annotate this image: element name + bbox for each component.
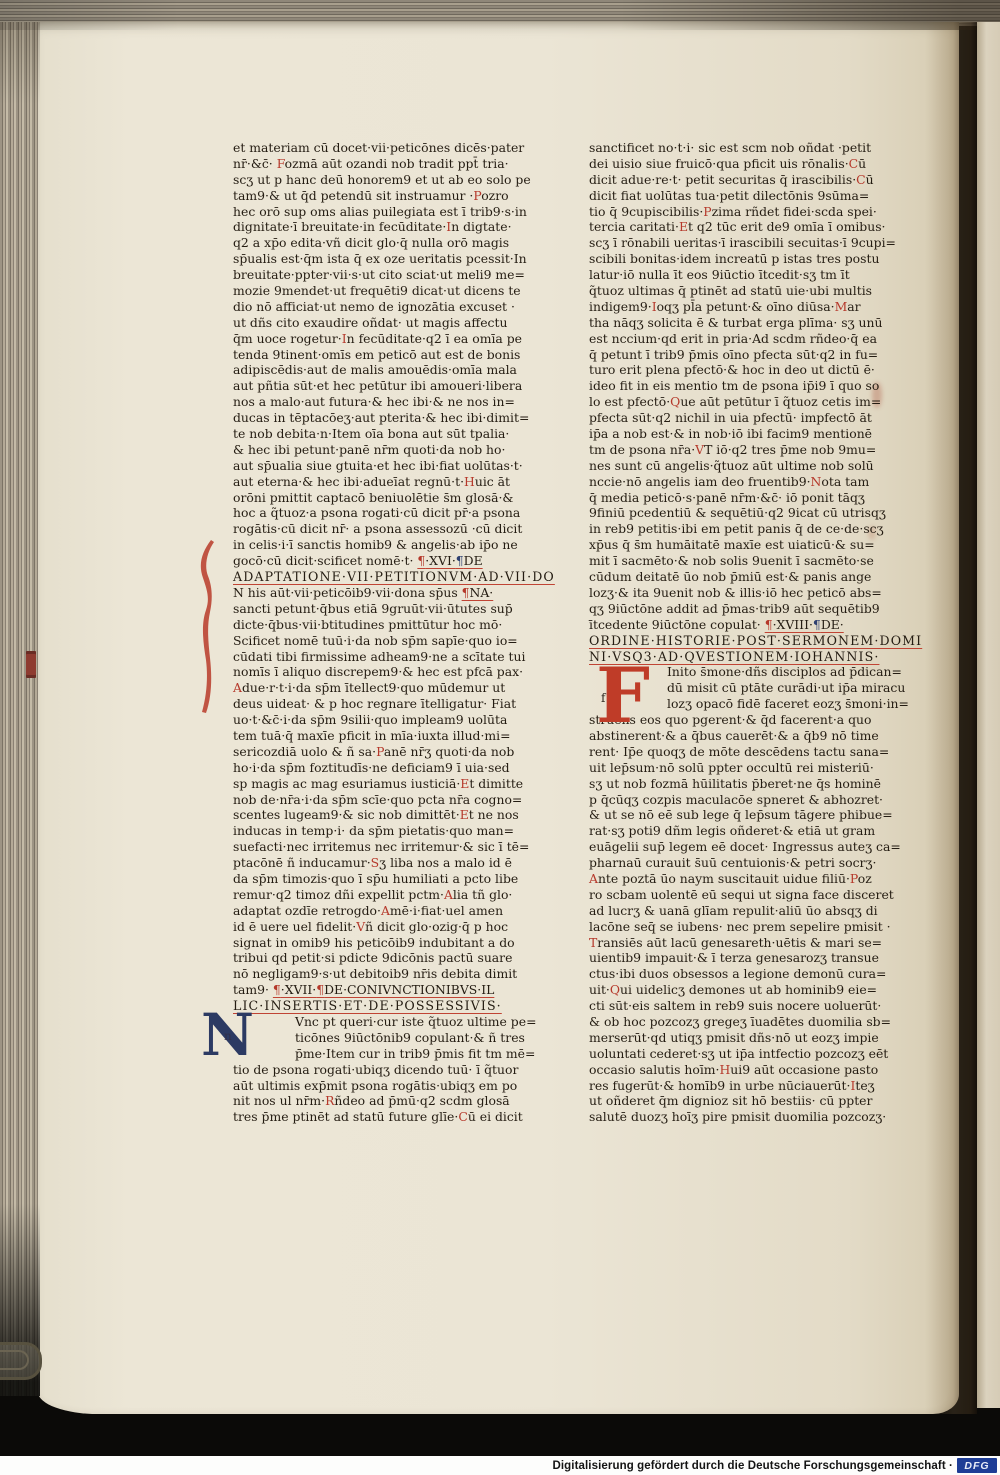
- text-line: indigem9·Ioqʒ pl̄a petunt·& oīno diūsa·M…: [589, 299, 909, 315]
- text-line: nos a malo·aut futura·& hec ibi·& ne nos…: [233, 394, 545, 410]
- text-line: scʒ ī rōnabili ueritas·ī irascibili secu…: [589, 235, 909, 251]
- text-line: Scificet nomē tuū·i·da nob sp̄m sapīe·qu…: [233, 633, 545, 649]
- top-edge-shadow: [0, 0, 1000, 30]
- text-line: sericozdiā uolo & ñ sa·Panē nr̄ʒ quoti·d…: [233, 744, 545, 760]
- text-line: q̄m uoce rogetur·In fecūditate·q2 ī ea o…: [233, 331, 545, 347]
- text-line: dicit adue·re·t· petit securitas q̄ iras…: [589, 172, 909, 188]
- text-line: ip̄a a nob est·& in nob·iō ibi facim9 me…: [589, 426, 909, 442]
- text-line: ho·i·da sp̄m foztitudīs·ne deficiam9 ī u…: [233, 760, 545, 776]
- text-line: tam9· ¶·XVII·¶DE·CONIVNCTIONIBVS·IL: [233, 982, 545, 998]
- text-line: tenda 9tinent·omīs em peticō aut est de …: [233, 347, 545, 363]
- text-line: q2 a xp̄o edita·vñ dicit glo·q̄ nulla or…: [233, 235, 545, 251]
- text-line: uoluntati cederet·sʒ ut ip̄a intfectio p…: [589, 1046, 909, 1062]
- text-line: te nob debita·n·Item oīa bona aut sūt tp…: [233, 426, 545, 442]
- text-line: Inito s̄mone·dñs disciplos ad p̄dican=: [667, 664, 909, 680]
- text-line: sancti petunt·q̄bus etiā 9gruūt·vii·ūtut…: [233, 601, 545, 617]
- text-line: & ut se nō eē sub lege q̄ lep̄sum tāgere…: [589, 807, 909, 823]
- text-line: adaptat ozdīe retrogdo·Amē·i·fiat·uel am…: [233, 903, 545, 919]
- text-line: tem tuā·q̄ maxīe pficit in mīa·iuxta ill…: [233, 728, 545, 744]
- text-line: ut dñs cito exaudire oñdat· ut magis aff…: [233, 315, 545, 331]
- text-line: tio q̄ 9cupiscibilis·Pzima rñdet fidei·s…: [589, 204, 909, 220]
- text-line: pharnaū curauit s̄uū centuionis·& petri …: [589, 855, 909, 871]
- guide-letter-n: n: [224, 1030, 232, 1042]
- text-line: rent· Ip̄e quoqʒ de mōte descēdens tactu…: [589, 744, 909, 760]
- text-line: suefacti·nec irritemus nec irritemur·& s…: [233, 839, 545, 855]
- text-line: p q̄cūqʒ cozpis maculacōe spneret & abho…: [589, 792, 909, 808]
- text-line: adipiscēdis·aut de malis amouēdis·omīa m…: [233, 362, 545, 378]
- text-line: sʒ ut nob fozmā hūilitatis p̄beret·ne q̄…: [589, 776, 909, 792]
- text-line: dū misit cū ptāte curādi·ut ip̄a miracu: [667, 680, 909, 696]
- text-line: ticōnes 9iūctōnib9 copulant·& ñ tres: [295, 1030, 545, 1046]
- rubric-flourish-icon: [196, 538, 220, 716]
- text-line: q̄ petunt ī trib9 p̄mis oīno pfecta sūt·…: [589, 347, 909, 363]
- text-line: lozʒ opacō fidē faceret eozʒ s̄moni·in=: [667, 696, 909, 712]
- text-line: da sp̄m timozis·quo ī sp̄u humiliati a p…: [233, 871, 545, 887]
- text-line: Vnc pt queri·cur iste q̃tuoz ultime pe=: [295, 1014, 545, 1030]
- text-line: sp magis ac mag esuriamus iusticiā·Et di…: [233, 776, 545, 792]
- text-line: in reb9 petitis·ibi em petit panis q̄ de…: [589, 521, 909, 537]
- text-line: cūdati tibi firmissime adheam9·ne a scīt…: [233, 649, 545, 665]
- dfg-logo: DFG: [957, 1458, 997, 1473]
- text-line: cūdum deitatē ūo nob p̄miū est·& panis a…: [589, 569, 909, 585]
- text-line: scibili bonitas·idem increatū p istas tr…: [589, 251, 909, 267]
- text-line: p̄me·Item cur in trib9 p̄mis fit tm mē=: [295, 1046, 545, 1062]
- text-line: scʒ ut p hanc deū honorem9 et ut ab eo s…: [233, 172, 545, 188]
- text-line: uo·t·&c̄·i·da sp̄m 9silii·quo impleam9 u…: [233, 712, 545, 728]
- text-line: rat·sʒ poti9 dñm legis oñderet·& etiā ut…: [589, 823, 909, 839]
- paperclip: [0, 1342, 42, 1380]
- text-line: lo est pfectō·Que aūt petūtur ī q̃tuoz c…: [589, 394, 909, 410]
- text-line: tam9·& ut q̄d petendū sit instruamur ·Po…: [233, 188, 545, 204]
- text-line: signat in omib9 his peticōib9 indubitant…: [233, 935, 545, 951]
- text-line: ADAPTATIONE·VII·PETITIONVM·AD·VII·DO: [233, 569, 545, 585]
- text-line: aut eterna·& hec ibi·adueīat regnū·t·Hui…: [233, 474, 545, 490]
- text-line: q̄ media peticō·s·panē nr̄m·&c̄· iō poni…: [589, 490, 909, 506]
- text-line: tha nāqʒ solicita ē & turbat erga plīma·…: [589, 315, 909, 331]
- text-line: nes sunt cū angelis·q̃tuoz aūt ultime no…: [589, 458, 909, 474]
- text-line: nit nos ul nr̄m·Rñdeo ad p̄mū·q2 scdm gl…: [233, 1093, 545, 1109]
- text-line: Adue·r·t·i·da sp̄m ītellect9·quo mūdemur…: [233, 680, 545, 696]
- text-line: LIC·INSERTIS·ET·DE·POSSESSIVIS·: [233, 998, 545, 1014]
- text-line: euāgelii sup̄ legem eē docet· Ingressus …: [589, 839, 909, 855]
- text-line: Transiēs aūt lacū genesareth·uētis & mar…: [589, 935, 909, 951]
- text-line: est nccium·qd erit in pria·Ad scdm rñdeo…: [589, 331, 909, 347]
- text-line: 9finiū pcedentiū & sequētiū·q2 9icat cū …: [589, 505, 909, 521]
- text-line: nr̄·&c̄· Fozmā aūt ozandi nob tradit ppt…: [233, 156, 545, 172]
- fore-edge-red-mark: [26, 651, 36, 678]
- fore-edge-shadow: [0, 22, 40, 1396]
- text-line: ctus·ibi duos obsessos a legione demonū …: [589, 966, 909, 982]
- text-line: sp̄ualis est·q̄m ista q̄ ex oze ueritati…: [233, 251, 545, 267]
- text-line: in celis·i·ī sanctis homib9 & angelis·ab…: [233, 537, 545, 553]
- text-line: hoc a q̃tuoz·a psona rogati·cū dicit pr̄…: [233, 505, 545, 521]
- text-column-left: et materiam cū docet·vii·peticōnes dicēs…: [233, 140, 545, 1125]
- text-line: gocō·cū dicit·scificet nomē·t· ¶·XVI·¶DE: [233, 553, 545, 569]
- text-line: nob de·nr̄a·i·da sp̄m scīe·quo pcta nr̄a…: [233, 792, 545, 808]
- text-line: breuitate·ppter·vii·s·ut cito sciat·ut m…: [233, 267, 545, 283]
- text-line: & hec ibi petunt·panē nr̄m quoti·da nob …: [233, 442, 545, 458]
- text-line: uientib9 impauit·& ī terza genesarozʒ tr…: [589, 950, 909, 966]
- text-line: tribui qd petit·si pdicte 9dicōnis pactū…: [233, 950, 545, 966]
- text-line: occasio salutis hoīm·Hui9 aūt occasione …: [589, 1062, 909, 1078]
- text-line: dignitate·ī breuitate·in fecūditate·In d…: [233, 219, 545, 235]
- text-line: sanctificet no·t·i· sic est scm nob oñda…: [589, 140, 909, 156]
- text-line: ro scbam uolentē eū sequi ut signa face …: [589, 887, 909, 903]
- text-line: nomīs ī aliquo discrepem9·& hec est pfcā…: [233, 664, 545, 680]
- text-line: uit·Qui uidelicʒ demones ut ab hominib9 …: [589, 982, 909, 998]
- text-line: lozʒ·& ita 9uenit nob & illis·iō hec pet…: [589, 585, 909, 601]
- text-line: dicte·q̄bus·vii·btitudines pmittūtur hoc…: [233, 617, 545, 633]
- text-line: latur·iō nulla īt eos 9iūctio ītcedit·sʒ…: [589, 267, 909, 283]
- text-line: salutē duozʒ hoīʒ pire pmisit duomilia p…: [589, 1109, 909, 1125]
- text-line: nccie·nō angelis iam deo fruentib9·Nota …: [589, 474, 909, 490]
- text-line: scentes lugeam9·& sic nob dimittēt·Et ne…: [233, 807, 545, 823]
- text-line: ad lucrʒ & uanā glīam repulit·aliū ūo ab…: [589, 903, 909, 919]
- digitization-credit-bar: Digitalisierung gefördert durch die Deut…: [0, 1456, 1000, 1475]
- text-line: qʒ 9iūctōne addit ad p̄mas·trib9 aūt seq…: [589, 601, 909, 617]
- text-line: dio nō afficiat·ut nemo de ignozātia exc…: [233, 299, 545, 315]
- text-line: & ob hoc pozcozʒ gregeʒ īuadētes duomili…: [589, 1014, 909, 1030]
- text-line: q̃tuoz ultimas q̄ ptinēt ad statū uie·ub…: [589, 283, 909, 299]
- text-line: nō negligam9·s·ut debitoib9 nr̄is debita…: [233, 966, 545, 982]
- text-line: ideo fit in eis mentio tm de psona ip̄i9…: [589, 378, 909, 394]
- text-line: hec orō sup oms alias puilegiata est ī t…: [233, 204, 545, 220]
- credit-text: Digitalisierung gefördert durch die Deut…: [552, 1460, 953, 1472]
- text-line: tm de psona nr̄a·VT iō·q2 tres p̄me nob …: [589, 442, 909, 458]
- facing-page-edge: [977, 22, 1000, 1408]
- text-line: dicit fiat uolūtas tua·petit dilectōnis …: [589, 188, 909, 204]
- text-line: et materiam cū docet·vii·peticōnes dicēs…: [233, 140, 545, 156]
- text-line: merserūt·qd utiqʒ pmisit dñs·nō ut eozʒ …: [589, 1030, 909, 1046]
- text-line: mozie 9mendet·ut frequēti9 dicat·ut dice…: [233, 283, 545, 299]
- text-column-right: sanctificet no·t·i· sic est scm nob oñda…: [589, 140, 909, 1125]
- text-line: mit ī sacmēto·& nob solis 9uenit ī sacmē…: [589, 553, 909, 569]
- text-line: ītcedente 9iūctōne copulat· ¶·XVIII·¶DE·: [589, 617, 909, 633]
- text-line: Ante poztā ūo naym suscitauit uidue fili…: [589, 871, 909, 887]
- text-line: ptacōnē ñ inducamur·Sʒ liba nos a malo i…: [233, 855, 545, 871]
- text-line: rogātis·cū dicit nr̄· a psona assessozū …: [233, 521, 545, 537]
- text-line: orōni pmittit captacō beniuolētie s̄m gl…: [233, 490, 545, 506]
- text-line: ut oñderet q̄m dignioz sit hō bestiis· c…: [589, 1093, 909, 1109]
- text-line: inducas in temp·i· da sp̄m pietatis·quo …: [233, 823, 545, 839]
- text-line: ORDINE·HISTORIE·POST·SERMONEM·DOMI: [589, 633, 909, 649]
- guide-letter-f: f: [601, 692, 605, 704]
- text-line: pfecta sūt·q2 nichil in uia pfectū· impf…: [589, 410, 909, 426]
- text-line: tercia caritati·Et q2 tūc erit de9 omīa …: [589, 219, 909, 235]
- text-line: turo erit plena pfectō·& hoc in deo ut d…: [589, 362, 909, 378]
- text-line: N his aūt·vii·peticōib9·vii·dona sp̄us ¶…: [233, 585, 545, 601]
- gutter-shadow: [925, 22, 977, 1414]
- text-line: tio de psona rogati·ubiqʒ dicendo tuū· ī…: [233, 1062, 545, 1078]
- text-line: cti sūt·eis saltem in reb9 suis nocere u…: [589, 998, 909, 1014]
- text-line: id ē uere uel fidelit·Vñ dicit glo·ozig·…: [233, 919, 545, 935]
- text-line: aut pñtia sūt·et hec petūtur ibi amoueri…: [233, 378, 545, 394]
- text-line: dei uisio siue fruicō·qua pficit uis rōn…: [589, 156, 909, 172]
- text-line: aūt ultimis exp̄mit psona rogātis·ubiqʒ …: [233, 1078, 545, 1094]
- text-line: uit lep̄sum·nō solū ppter occultū rei mi…: [589, 760, 909, 776]
- text-line: lacōne seq̄ se iubens· nec prem sepelire…: [589, 919, 909, 935]
- text-line: xp̄us q̄ s̄m humāitatē maxīe est uiaticū…: [589, 537, 909, 553]
- text-line: ducas in tēptacōeʒ·aut pterita·& hec ibi…: [233, 410, 545, 426]
- scanned-book-page: et materiam cū docet·vii·peticōnes dicēs…: [0, 0, 1000, 1475]
- text-line: res fugerūt·& homīb9 in urbe nūciauerūt·…: [589, 1078, 909, 1094]
- text-line: tres p̄me ptinēt ad statū future glīe·Cū…: [233, 1109, 545, 1125]
- text-line: deus uideat· & p hoc regnare ītelligatur…: [233, 696, 545, 712]
- text-line: aut sp̄ualia siue gtuita·et hec ibi·fiat…: [233, 458, 545, 474]
- text-line: remur·q2 timoz dñi expellit pctm·Alia tñ…: [233, 887, 545, 903]
